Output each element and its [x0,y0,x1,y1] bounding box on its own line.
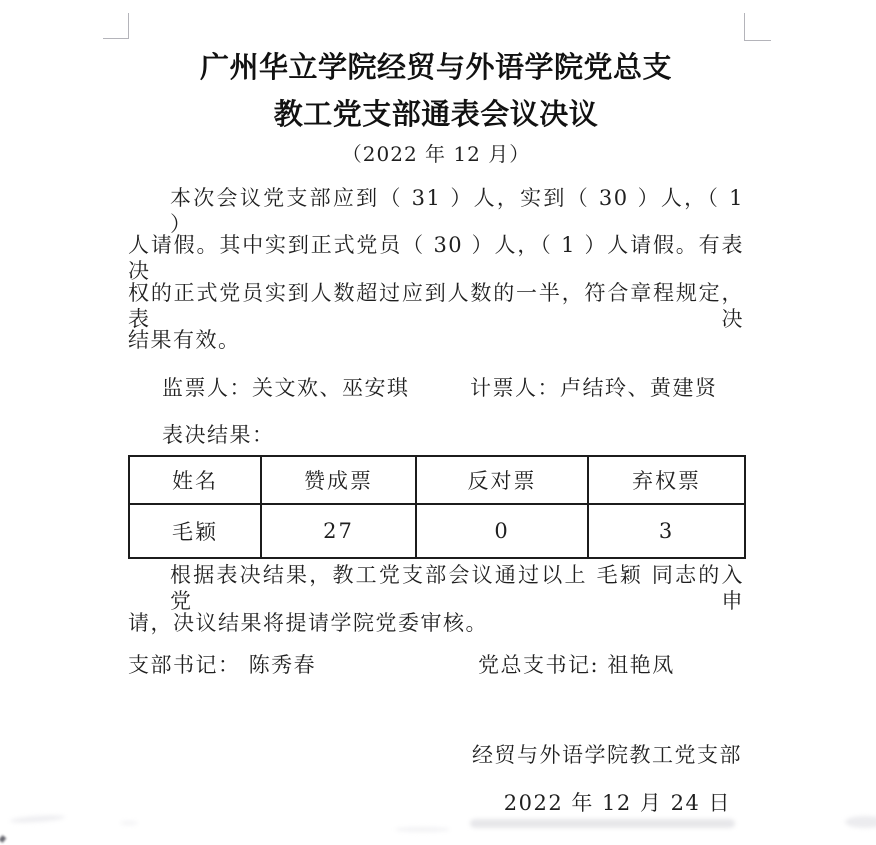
general-branch-secretary-signature: 党总支书记: 祖艳凤 [478,652,675,678]
header-abstain-votes: 弃权票 [588,456,745,504]
crop-mark-top-left [103,13,129,39]
cell-abstain-votes: 3 [588,504,745,558]
scan-artifact [845,816,876,828]
document-page: 广州华立学院经贸与外语学院党总支 教工党支部通表会议决议 （2022 年 12 … [0,0,876,845]
paragraph1-line1: 本次会议党支部应到（ 31 ）人，实到（ 30 ）人，（ 1 ） [128,185,744,237]
document-title-line1: 广州华立学院经贸与外语学院党总支 [128,50,744,84]
header-approve-votes: 赞成票 [261,456,416,504]
signatures-line: 支部书记： 陈秀春 党总支书记: 祖艳凤 [128,652,744,678]
scan-artifact [470,819,735,828]
cell-name: 毛颖 [129,504,261,558]
header-oppose-votes: 反对票 [416,456,588,504]
scan-speck [0,835,6,843]
footer-organization: 经贸与外语学院教工党支部 [128,742,744,768]
vote-supervisor-label: 监票人：关文欢、巫安琪 [162,375,410,401]
paragraph2-line2: 请，决议结果将提请学院党委审核。 [128,610,744,636]
table-row: 毛颖 27 0 3 [129,504,745,558]
cell-oppose-votes: 0 [416,504,588,558]
paragraph1-line2: 人请假。其中实到正式党员（ 30 ）人，（ 1 ）人请假。有表决 [128,232,744,284]
vote-result-table: 姓名 赞成票 反对票 弃权票 毛颖 27 0 3 [128,455,746,559]
scan-artifact [10,814,65,824]
scan-artifact [120,821,138,825]
paragraph1-line4: 结果有效。 [128,327,744,353]
crop-mark-top-right [744,13,771,41]
paragraph1-line3: 权的正式党员实到人数超过应到人数的一半，符合章程规定，表决 [128,280,744,332]
footer-date: 2022 年 12 月 24 日 [128,790,744,816]
officials-line: 监票人：关文欢、巫安琪 计票人：卢结玲、黄建贤 [128,375,744,401]
scan-artifact [395,827,450,832]
document-subtitle-date: （2022 年 12 月） [128,141,744,167]
vote-result-label: 表决结果： [128,422,778,448]
document-title-line2: 教工党支部通表会议决议 [128,97,744,131]
branch-secretary-signature: 支部书记： 陈秀春 [128,652,316,678]
header-name: 姓名 [129,456,261,504]
cell-approve-votes: 27 [261,504,416,558]
table-header-row: 姓名 赞成票 反对票 弃权票 [129,456,745,504]
paragraph2-line1: 根据表决结果，教工党支部会议通过以上 毛颖 同志的入党申 [128,562,744,614]
vote-teller-label: 计票人：卢结玲、黄建贤 [470,375,718,401]
